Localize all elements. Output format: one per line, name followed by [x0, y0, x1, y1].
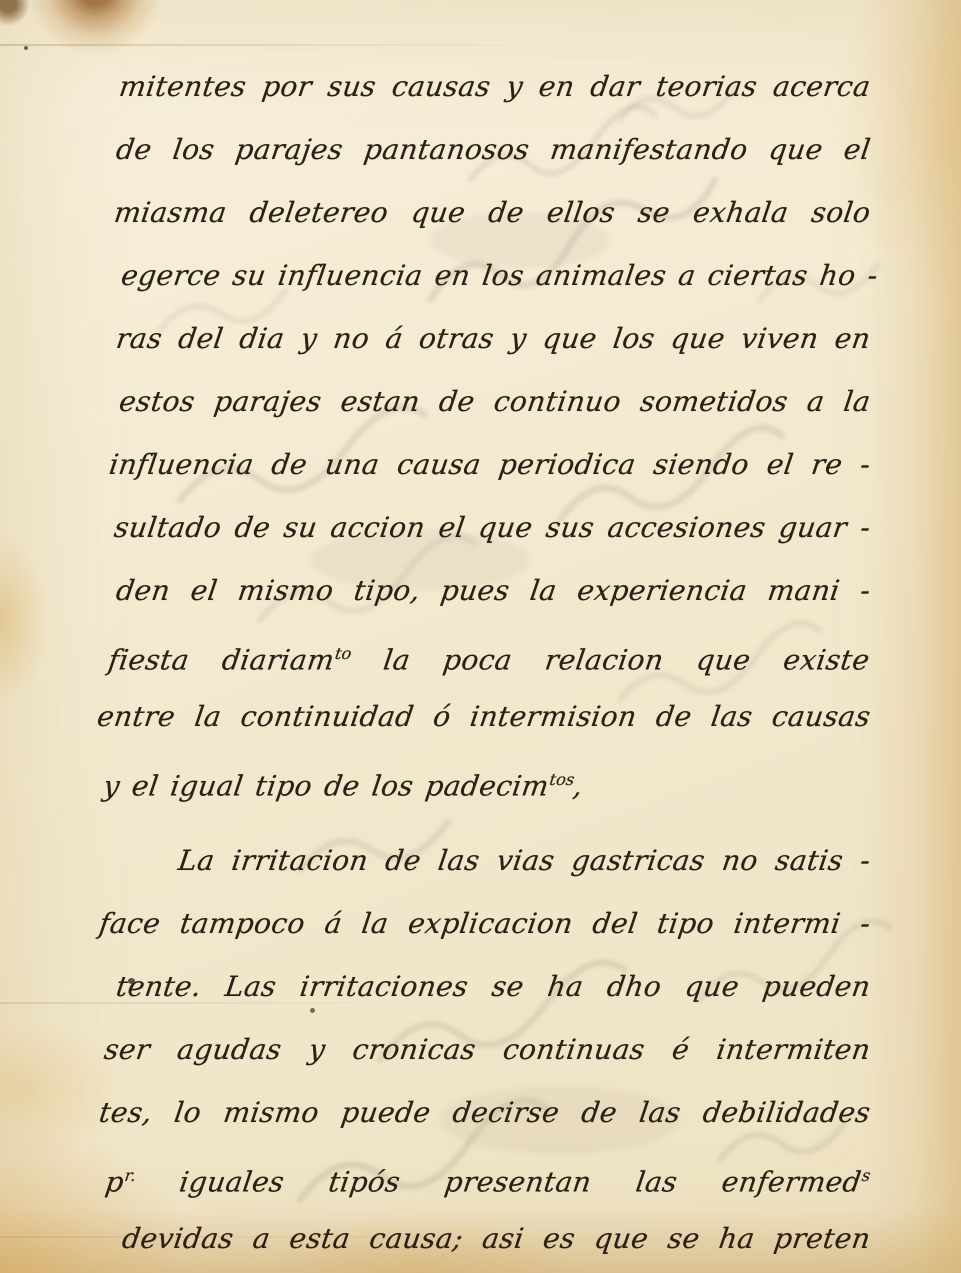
manuscript-line-11: entre la continuidad ó intermision de la… [93, 685, 875, 748]
manuscript-line-7: influencia de una causa periodica siendo… [105, 433, 875, 496]
manuscript-line-18: pr. iguales tipós presentan las enfermed… [102, 1144, 875, 1207]
manuscript-line-15: tente. Las irritaciones se ha dho que pu… [112, 955, 875, 1018]
manuscript-line-12: y el igual tipo de los padecimtos, [100, 748, 875, 811]
paper-crease [0, 44, 557, 46]
manuscript-line-5: ras del dia y no á otras y que los que v… [112, 307, 875, 370]
manuscript-line-1: mitentes por sus causas y en dar teorias… [115, 55, 875, 118]
manuscript-line-6: estos parajes estan de continuo sometido… [115, 370, 875, 433]
manuscript-text: mitentes por sus causas y en dar teorias… [112, 55, 866, 1270]
manuscript-line-3: miasma deletereo que de ellos se exhala … [110, 181, 875, 244]
manuscript-line-13: La irritacion de las vias gastricas no s… [112, 829, 875, 892]
manuscript-line-9: den el mismo tipo, pues la experiencia m… [112, 559, 875, 622]
manuscript-line-19: devidas a esta causa; asi es que se ha p… [118, 1207, 875, 1270]
manuscript-line-4: egerce su influencia en los animales a c… [117, 244, 875, 307]
manuscript-line-10: fiesta diariamto la poca relacion que ex… [105, 622, 875, 685]
manuscript-line-14: face tampoco á la explicacion del tipo i… [95, 892, 875, 955]
manuscript-line-8: sultado de su accion el que sus accesion… [110, 496, 875, 559]
manuscript-line-2: de los parajes pantanosos manifestando q… [112, 118, 875, 181]
manuscript-page: mitentes por sus causas y en dar teorias… [0, 0, 961, 1273]
ink-speck [24, 46, 28, 50]
manuscript-line-16: ser agudas y cronicas continuas é interm… [100, 1018, 875, 1081]
manuscript-line-17: tes, lo mismo puede decirse de las debil… [95, 1081, 875, 1144]
